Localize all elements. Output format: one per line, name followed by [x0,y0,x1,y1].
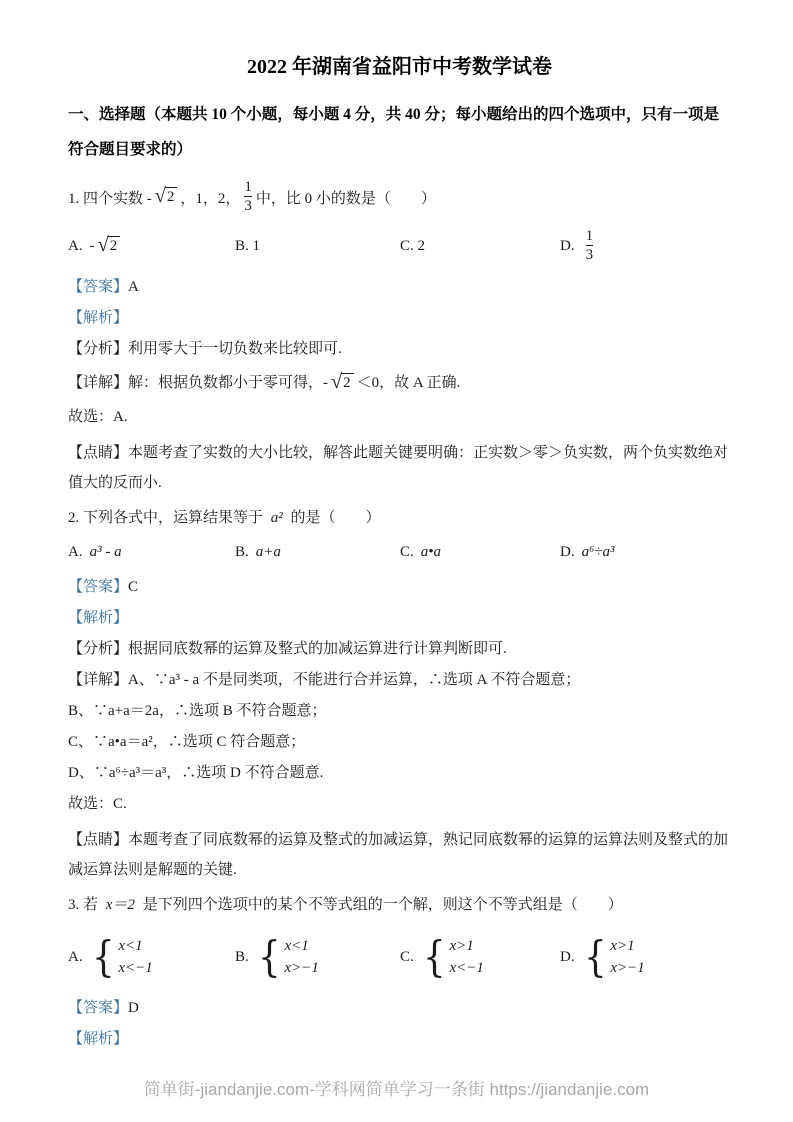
q2-detail-line: B、∵a+a＝2a，∴选项 B 不符合题意； [68,701,731,721]
option-math: a³ - a [90,544,122,561]
q1-answer-line: 【答案】A [68,277,731,297]
q1-analysis-tag-line: 【解析】 [68,308,731,328]
left-brace-icon: { [423,936,446,978]
inequality-system: { x<1 x<−1 [90,936,153,978]
q1-note-line: 【点睛】本题考查了实数的大小比较，解答此题关键要明确：正实数＞零＞负实数，两个负… [68,438,731,498]
math-expression: a² [271,510,283,526]
radicand: 2 [165,187,178,206]
option-label: D. [560,949,575,966]
q1-stem-text: 1. 四个实数 - [68,187,152,208]
q3-analysis-tag-line: 【解析】 [68,1029,731,1049]
inequality-top: x<1 [285,938,319,955]
question-2-stem: 2. 下列各式中，运算结果等于 a² 的是（ ） [68,508,731,528]
option-d: D. a⁶÷a³ [560,544,731,561]
fraction-numerator: 1 [586,228,594,245]
left-brace-icon: { [258,936,281,978]
option-a: A. a³ - a [68,544,235,561]
inequality-bottom: x<−1 [450,960,484,977]
watermark-footer: 简单街-jiandanjie.com-学科网简单学习一条街 https://ji… [0,1075,793,1100]
option-math: a+a [256,544,281,561]
question-1-stem: 1. 四个实数 - √2 ，1，2， 13 中，比 0 小的数是（ ） [68,173,731,221]
q2-detail-line: 【详解】A、∵a³ - a 不是同类项，不能进行合并运算，∴选项 A 不符合题意… [68,670,731,690]
system-rows: x<1 x>−1 [285,938,319,977]
analysis-tag: 【解析】 [68,1031,128,1047]
math-expression: x＝2 [106,897,135,913]
sqrt-radical: √2 [155,187,178,206]
option-label: D. [560,544,575,561]
option-text: C. 2 [400,238,425,255]
inequality-system: { x>1 x<−1 [421,936,484,978]
radicand: 2 [108,236,121,255]
detail-text: 【详解】解：根据负数都小于零可得，- [68,373,328,393]
answer-value: A [128,279,139,295]
q2-detail-line: C、∵a•a＝a²，∴选项 C 符合题意； [68,732,731,752]
q2-detail-line: D、∵a⁶÷a³＝a³，∴选项 D 不符合题意. [68,763,731,783]
option-math: a⁶÷a³ [582,544,615,561]
option-c: C. { x>1 x<−1 [400,936,560,978]
detail-text: ＜0，故 A 正确. [357,373,461,393]
answer-tag: 【答案】 [68,1000,128,1016]
page-title: 2022 年湖南省益阳市中考数学试卷 [68,50,731,79]
q3-answer-line: 【答案】D [68,998,731,1018]
question-2-options: A. a³ - a B. a+a C. a•a D. a⁶÷a³ [68,539,731,565]
answer-value: D [128,1000,139,1016]
q2-note-line: 【点睛】本题考查了同底数幂的运算及整式的加减运算，熟记同底数幂的运算的运算法则及… [68,825,731,885]
inequality-system: { x>1 x>−1 [582,936,645,978]
inequality-bottom: x>−1 [610,960,644,977]
section-heading: 一、选择题（本题共 10 个小题，每小题 4 分，共 40 分；每小题给出的四个… [68,97,731,167]
q2-stem-text: 的是（ ） [291,510,381,526]
option-c: C. a•a [400,544,560,561]
option-c: C. 2 [400,238,560,255]
fraction-denominator: 3 [586,245,594,264]
answer-tag: 【答案】 [68,579,128,595]
option-b: B. 1 [235,238,400,255]
q2-answer-line: 【答案】C [68,577,731,597]
system-rows: x>1 x>−1 [610,938,644,977]
left-brace-icon: { [584,936,607,978]
option-b: B. { x<1 x>−1 [235,936,400,978]
q3-stem-text: 3. 若 [68,897,98,913]
option-a: A. { x<1 x<−1 [68,936,235,978]
q2-stem-text: 2. 下列各式中，运算结果等于 [68,510,263,526]
answer-tag: 【答案】 [68,279,128,295]
radicand: 2 [341,373,354,392]
question-1-options: A. - √2 B. 1 C. 2 D. 13 [68,223,731,269]
analysis-tag: 【解析】 [68,610,128,626]
q3-stem-text: 是下列四个选项中的某个不等式组的一个解，则这个不等式组是（ ） [143,897,623,913]
system-rows: x>1 x<−1 [450,938,484,977]
q1-stem-text: 中，比 0 小的数是（ ） [256,187,436,208]
fraction-one-third: 13 [244,179,252,216]
question-3-stem: 3. 若 x＝2 是下列四个选项中的某个不等式组的一个解，则这个不等式组是（ ） [68,895,731,915]
option-d: D. 13 [560,228,731,265]
question-3-options: A. { x<1 x<−1 B. { x<1 x>−1 C. { [68,926,731,988]
option-label: A. [68,238,83,255]
q2-analysis-tag-line: 【解析】 [68,608,731,628]
option-b: B. a+a [235,544,400,561]
inequality-bottom: x>−1 [285,960,319,977]
inequality-top: x>1 [450,938,484,955]
option-label: B. [235,544,249,561]
q1-detail-line: 【详解】解：根据负数都小于零可得，- √2 ＜0，故 A 正确. [68,370,731,396]
sqrt-radical: √2 [98,236,121,255]
inequality-top: x<1 [118,938,152,955]
answer-value: C [128,579,138,595]
q2-analysis-line: 【分析】根据同底数幂的运算及整式的加减运算进行计算判断即可. [68,639,731,659]
inequality-top: x>1 [610,938,644,955]
minus-sign: - [90,238,95,255]
option-label: D. [560,238,575,255]
option-label: A. [68,544,83,561]
option-label: A. [68,949,83,966]
option-label: C. [400,949,414,966]
option-text: B. 1 [235,238,260,255]
q1-stem-text: ，1，2， [180,187,240,208]
inequality-system: { x<1 x>−1 [256,936,319,978]
inequality-bottom: x<−1 [118,960,152,977]
option-d: D. { x>1 x>−1 [560,936,731,978]
fraction-one-third: 13 [586,228,594,265]
analysis-tag: 【解析】 [68,310,128,326]
q2-conclusion-line: 故选：C. [68,794,731,814]
system-rows: x<1 x<−1 [118,938,152,977]
option-label: B. [235,949,249,966]
option-math: a•a [421,544,441,561]
exam-paper-page: 2022 年湖南省益阳市中考数学试卷 一、选择题（本题共 10 个小题，每小题 … [0,0,793,1122]
q1-conclusion-line: 故选：A. [68,407,731,427]
fraction-numerator: 1 [244,179,252,196]
option-a: A. - √2 [68,236,235,255]
sqrt-radical: √2 [331,373,354,392]
q1-analysis-line: 【分析】利用零大于一切负数来比较即可. [68,339,731,359]
option-label: C. [400,544,414,561]
fraction-denominator: 3 [244,196,252,215]
left-brace-icon: { [92,936,115,978]
